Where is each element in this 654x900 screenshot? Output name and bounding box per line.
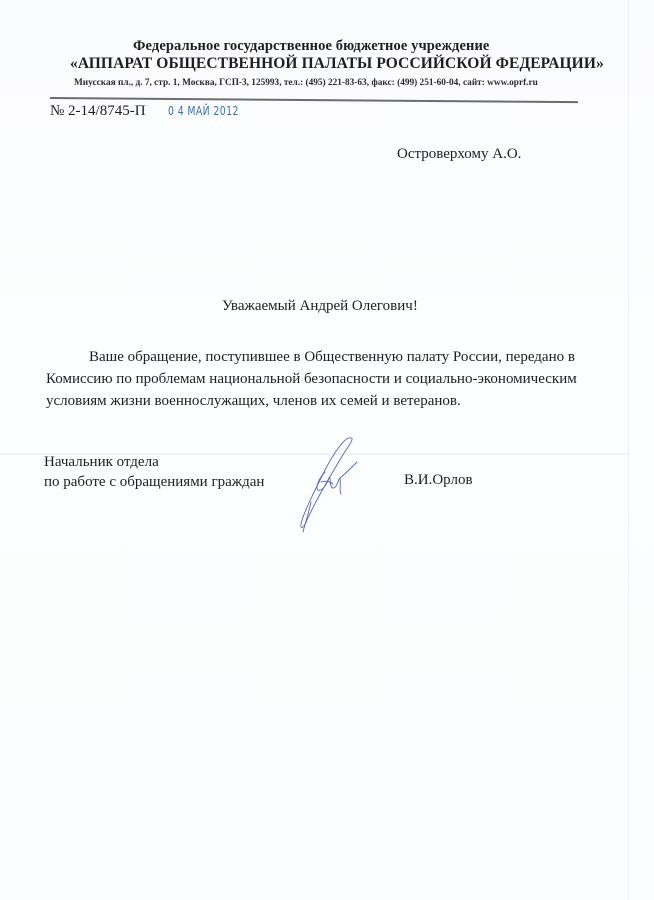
addressee: Островерхому А.О. (397, 146, 521, 163)
letterhead-org-type: Федеральное государственное бюджетное уч… (133, 38, 489, 55)
signer-title-line1: Начальник отдела (44, 452, 264, 472)
registration-number: № 2-14/8745-П (50, 103, 146, 120)
letterhead-contacts: Миусская пл., д. 7, стр. 1, Москва, ГСП-… (74, 78, 538, 88)
salutation-text: Уважаемый Андрей Олегович! (222, 298, 418, 315)
signer-name: В.И.Орлов (404, 472, 473, 489)
signer-title-line2: по работе с обращениями граждан (44, 472, 264, 492)
body-line: Комиссию по проблемам национальной безоп… (46, 368, 606, 390)
paper-edge (628, 0, 629, 900)
date-stamp: 0 4 МАЙ 2012 (168, 104, 239, 118)
body-line: условиям жизни военнослужащих, членов их… (46, 390, 606, 412)
letter-body: Ваше обращение, поступившее в Общественн… (46, 346, 606, 412)
handwritten-signature-icon (285, 432, 365, 537)
letterhead-org-name: «АППАРАТ ОБЩЕСТВЕННОЙ ПАЛАТЫ РОССИЙСКОЙ … (70, 55, 604, 73)
signer-title: Начальник отдела по работе с обращениями… (44, 452, 264, 492)
body-line: Ваше обращение, поступившее в Общественн… (46, 346, 606, 368)
